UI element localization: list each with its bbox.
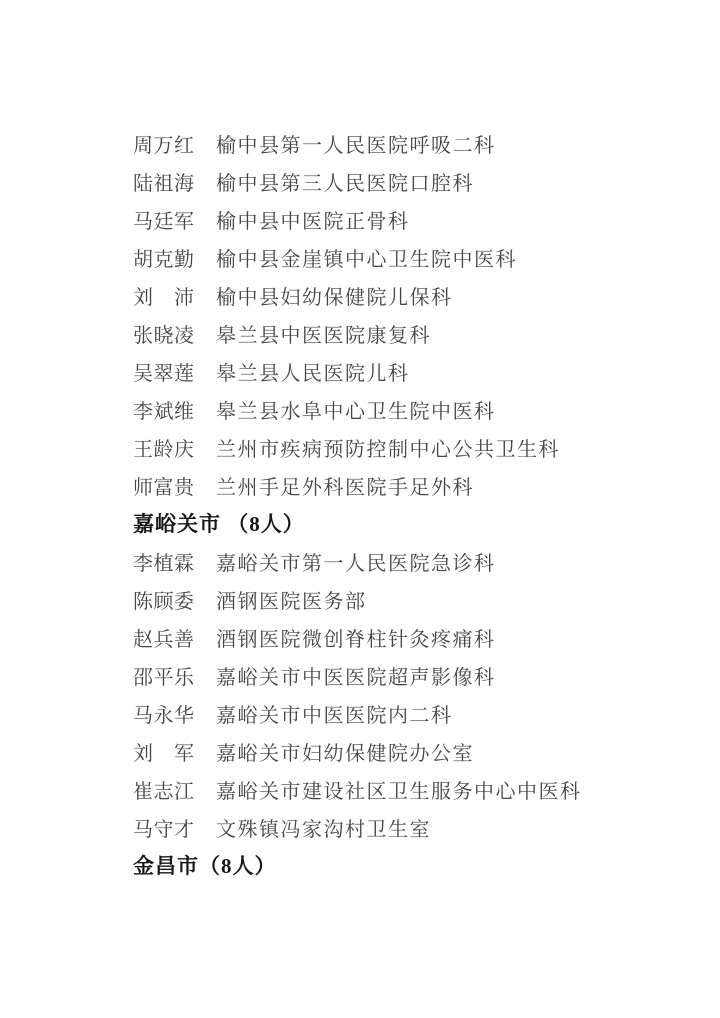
person-unit: 兰州市疾病预防控制中心公共卫生科	[216, 433, 560, 462]
person-name: 刘 军	[133, 737, 195, 766]
person-name: 李斌维	[133, 395, 195, 424]
person-name: 马廷军	[133, 205, 195, 234]
person-name: 邵平乐	[133, 661, 195, 690]
name-roster-list: 周万红 榆中县第一人民医院呼吸二科 陆祖海 榆中县第三人民医院口腔科 马廷军 榆…	[133, 124, 593, 884]
section-heading-jinchang: 金昌市（8人）	[133, 846, 593, 884]
person-name: 马守才	[133, 813, 195, 842]
list-item: 周万红 榆中县第一人民医院呼吸二科	[133, 124, 593, 162]
list-item: 崔志江 嘉峪关市建设社区卫生服务中心中医科	[133, 770, 593, 808]
list-item: 陈顾委 酒钢医院医务部	[133, 580, 593, 618]
list-item: 师富贵 兰州手足外科医院手足外科	[133, 466, 593, 504]
person-name: 李植霖	[133, 547, 195, 576]
person-unit: 皋兰县水阜中心卫生院中医科	[216, 395, 496, 424]
list-item: 张晓凌 皋兰县中医医院康复科	[133, 314, 593, 352]
person-name: 吴翠莲	[133, 357, 195, 386]
person-unit: 榆中县第一人民医院呼吸二科	[216, 129, 496, 158]
person-unit: 酒钢医院医务部	[216, 585, 367, 614]
person-unit: 嘉峪关市中医医院超声影像科	[216, 661, 496, 690]
list-item: 赵兵善 酒钢医院微创脊柱针灸疼痛科	[133, 618, 593, 656]
person-unit: 榆中县中医院正骨科	[216, 205, 410, 234]
list-item: 胡克勤 榆中县金崖镇中心卫生院中医科	[133, 238, 593, 276]
document-page: 周万红 榆中县第一人民医院呼吸二科 陆祖海 榆中县第三人民医院口腔科 马廷军 榆…	[0, 0, 720, 1018]
list-item: 刘 沛 榆中县妇幼保健院儿保科	[133, 276, 593, 314]
list-item: 邵平乐 嘉峪关市中医医院超声影像科	[133, 656, 593, 694]
person-name: 马永华	[133, 699, 195, 728]
person-name: 陈顾委	[133, 585, 195, 614]
list-item: 马永华 嘉峪关市中医医院内二科	[133, 694, 593, 732]
section-heading-jiayuguan: 嘉峪关市 （8人）	[133, 504, 593, 542]
list-item: 陆祖海 榆中县第三人民医院口腔科	[133, 162, 593, 200]
list-item: 马廷军 榆中县中医院正骨科	[133, 200, 593, 238]
list-item: 马守才 文殊镇冯家沟村卫生室	[133, 808, 593, 846]
person-name: 刘 沛	[133, 281, 195, 310]
person-unit: 榆中县第三人民医院口腔科	[216, 167, 474, 196]
person-name: 师富贵	[133, 471, 195, 500]
person-name: 赵兵善	[133, 623, 195, 652]
person-unit: 文殊镇冯家沟村卫生室	[216, 813, 431, 842]
list-item: 王龄庆 兰州市疾病预防控制中心公共卫生科	[133, 428, 593, 466]
person-unit: 皋兰县人民医院儿科	[216, 357, 410, 386]
person-unit: 皋兰县中医医院康复科	[216, 319, 431, 348]
list-item: 吴翠莲 皋兰县人民医院儿科	[133, 352, 593, 390]
person-unit: 嘉峪关市建设社区卫生服务中心中医科	[216, 775, 582, 804]
person-name: 陆祖海	[133, 167, 195, 196]
person-unit: 榆中县妇幼保健院儿保科	[216, 281, 453, 310]
list-item: 李植霖 嘉峪关市第一人民医院急诊科	[133, 542, 593, 580]
person-unit: 嘉峪关市第一人民医院急诊科	[216, 547, 496, 576]
person-unit: 嘉峪关市妇幼保健院办公室	[216, 737, 474, 766]
person-name: 崔志江	[133, 775, 195, 804]
person-name: 周万红	[133, 129, 195, 158]
list-item: 刘 军 嘉峪关市妇幼保健院办公室	[133, 732, 593, 770]
person-name: 张晓凌	[133, 319, 195, 348]
person-unit: 酒钢医院微创脊柱针灸疼痛科	[216, 623, 496, 652]
person-name: 王龄庆	[133, 433, 195, 462]
person-name: 胡克勤	[133, 243, 195, 272]
list-item: 李斌维 皋兰县水阜中心卫生院中医科	[133, 390, 593, 428]
person-unit: 兰州手足外科医院手足外科	[216, 471, 474, 500]
person-unit: 嘉峪关市中医医院内二科	[216, 699, 453, 728]
person-unit: 榆中县金崖镇中心卫生院中医科	[216, 243, 517, 272]
